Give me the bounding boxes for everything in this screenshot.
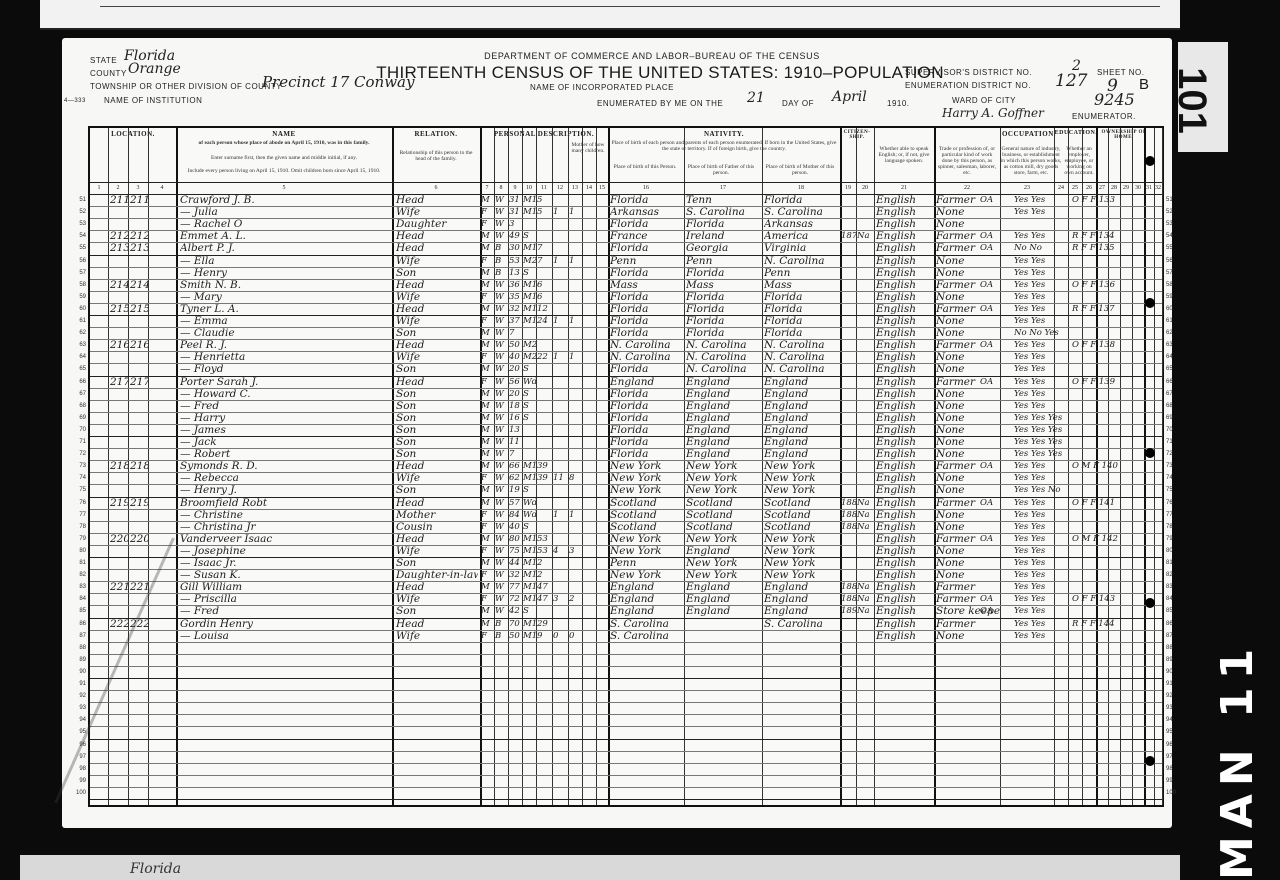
census-row: — PriscillaWifeFW72M14732EnglandEnglandE… xyxy=(90,592,1162,604)
line-number: 85 xyxy=(1166,608,1182,614)
column-number: 29 xyxy=(1120,185,1132,191)
line-number: 75 xyxy=(1166,487,1182,493)
personal-description-header: PERSONAL DESCRIPTION. xyxy=(480,130,608,138)
line-number: 66 xyxy=(1166,379,1182,385)
census-row: — LouisaWifeFB50M1900S. CarolinaEnglishN… xyxy=(90,629,1162,641)
ward-value: 9245 xyxy=(1094,90,1135,109)
column-number: 11 xyxy=(536,185,552,191)
column-divider xyxy=(1162,128,1163,805)
line-number: 59 xyxy=(68,294,86,300)
line-number: 88 xyxy=(68,645,86,651)
line-number: 68 xyxy=(68,403,86,409)
name-note-include: Include every person living on April 15,… xyxy=(180,168,388,174)
line-number: 95 xyxy=(1166,729,1182,735)
film-frame-number: 101 xyxy=(1169,67,1214,134)
line-number: 78 xyxy=(68,524,86,530)
sheet-side: B xyxy=(1139,76,1149,93)
line-number: 59 xyxy=(1166,294,1182,300)
census-row: — Henry J.SonMW19SNew YorkNew YorkNew Yo… xyxy=(90,483,1162,495)
next-sheet-edge: Florida xyxy=(20,855,1180,880)
line-number: 62 xyxy=(1166,330,1182,336)
line-number: 79 xyxy=(1166,536,1182,542)
citizenship-header: CITIZEN-SHIP. xyxy=(840,130,874,140)
line-number: 77 xyxy=(1166,512,1182,518)
line-number: 69 xyxy=(1166,415,1182,421)
punch-hole xyxy=(1145,756,1155,766)
line-number: 65 xyxy=(1166,366,1182,372)
enumeration-district-label: Enumeration District No. xyxy=(905,81,1031,90)
census-row: — HarrySonMW16SFloridaEnglandEnglandEngl… xyxy=(90,411,1162,423)
line-number: 66 xyxy=(68,379,86,385)
next-sheet-fragment: Florida xyxy=(130,861,181,877)
film-reel-text: MAN 11 xyxy=(1212,641,1263,880)
line-number: 77 xyxy=(68,512,86,518)
cell-language: English xyxy=(876,629,934,643)
line-number: 89 xyxy=(1166,657,1182,663)
enumerator-name: Harry A. Goffner xyxy=(942,106,1044,120)
census-row: — HenriettaWifeFW40M22211N. CarolinaN. C… xyxy=(90,350,1162,362)
line-number: 74 xyxy=(68,475,86,481)
census-row: — FredSonMW42SEnglandEnglandEngland1890N… xyxy=(90,604,1162,616)
institution-label: Name of institution xyxy=(104,96,202,105)
census-row: — FredSonMW18SFloridaEnglandEnglandEngli… xyxy=(90,399,1162,411)
column-number: 12 xyxy=(552,185,568,191)
column-number: 1 xyxy=(90,185,108,191)
line-number: 51 xyxy=(1166,197,1182,203)
line-number: 64 xyxy=(68,354,86,360)
line-number: 69 xyxy=(68,415,86,421)
line-number: 87 xyxy=(1166,633,1182,639)
ward-label: Ward of city xyxy=(952,96,1016,105)
county-label: County xyxy=(90,69,127,78)
line-number: 54 xyxy=(1166,233,1182,239)
column-number: 9 xyxy=(508,185,522,191)
column-number: 14 xyxy=(582,185,596,191)
line-number: 62 xyxy=(68,330,86,336)
line-number: 78 xyxy=(1166,524,1182,530)
enumerator-label: Enumerator. xyxy=(1072,112,1136,121)
line-number: 52 xyxy=(68,209,86,215)
cell-sex: F xyxy=(481,629,494,643)
previous-sheet-edge xyxy=(40,0,1180,30)
enumeration-district-value: 127 xyxy=(1055,71,1087,91)
cell-relation: Wife xyxy=(396,629,478,643)
census-row: — Isaac Jr.SonMW44M12PennNew YorkNew Yor… xyxy=(90,556,1162,568)
column-number: 26 xyxy=(1082,185,1096,191)
line-number: 90 xyxy=(1166,669,1182,675)
line-number: 68 xyxy=(1166,403,1182,409)
line-number: 100 xyxy=(1166,790,1182,796)
census-row: — Christina JrCousinFW40SScotlandScotlan… xyxy=(90,520,1162,532)
column-number: 22 xyxy=(934,185,1000,191)
census-sheet: State Florida County Orange Township or … xyxy=(62,38,1172,828)
line-number: 98 xyxy=(1166,766,1182,772)
name-note-surname: Enter surname first, then the given name… xyxy=(180,155,388,161)
line-number: 56 xyxy=(68,258,86,264)
census-row: — RobertSonMW7FloridaEnglandEnglandEngli… xyxy=(90,447,1162,459)
line-number: 56 xyxy=(1166,258,1182,264)
township-label: Township or other division of county xyxy=(90,82,282,91)
line-number: 91 xyxy=(1166,681,1182,687)
line-number: 94 xyxy=(68,717,86,723)
line-number: 70 xyxy=(1166,427,1182,433)
line-number: 74 xyxy=(1166,475,1182,481)
line-number: 72 xyxy=(68,451,86,457)
line-number: 93 xyxy=(68,705,86,711)
column-number: 32 xyxy=(1154,185,1162,191)
census-row: — JosephineWifeFW75M15343New YorkEngland… xyxy=(90,544,1162,556)
year-label: 1910. xyxy=(887,99,910,108)
line-number: 60 xyxy=(68,306,86,312)
line-number: 67 xyxy=(68,391,86,397)
cell-living: 0 xyxy=(569,629,582,643)
line-number: 84 xyxy=(1166,596,1182,602)
children-header: Mother of how many children. xyxy=(568,142,608,154)
census-row: 219219Broomfield RobtHeadMW57WdScotlandS… xyxy=(90,496,1162,508)
cell-trade: None xyxy=(936,629,1000,643)
line-number: 65 xyxy=(68,366,86,372)
line-number: 83 xyxy=(68,584,86,590)
nativity-header: NATIVITY. xyxy=(608,130,840,138)
column-number: 10 xyxy=(522,185,536,191)
column-number: 28 xyxy=(1108,185,1120,191)
column-number: 21 xyxy=(874,185,934,191)
census-row: 215215Tyner L. A.HeadMW32M112FloridaFlor… xyxy=(90,302,1162,314)
county-value: Orange xyxy=(128,61,181,77)
supervisor-district-label: Supervisor's District No. xyxy=(905,68,1032,77)
state-label: State xyxy=(90,56,117,65)
census-row: — Rachel ODaughterFW3FloridaFloridaArkan… xyxy=(90,217,1162,229)
cell-education: Yes Yes xyxy=(1014,629,1072,643)
line-number: 72 xyxy=(1166,451,1182,457)
line-number: 73 xyxy=(68,463,86,469)
line-number: 82 xyxy=(68,572,86,578)
census-row: 218218Symonds R. D.HeadMW66M139New YorkN… xyxy=(90,459,1162,471)
census-row: 214214Smith N. B.HeadMW36M16MassMassMass… xyxy=(90,278,1162,290)
line-number: 80 xyxy=(1166,548,1182,554)
trade-header: Trade or profession of, or particular ki… xyxy=(936,146,998,176)
line-number: 57 xyxy=(68,270,86,276)
industry-header: General nature of industry, business, or… xyxy=(1000,146,1062,176)
line-number: 79 xyxy=(68,536,86,542)
day-of-label: day of xyxy=(782,99,814,108)
census-row: — JackSonMW11FloridaEnglandEnglandEnglis… xyxy=(90,435,1162,447)
census-row: — ChristineMotherFW84Wd11ScotlandScotlan… xyxy=(90,508,1162,520)
name-description: of each person whose place of abode on A… xyxy=(180,140,388,146)
column-number: 27 xyxy=(1096,185,1108,191)
film-reel-label: MAN 11 xyxy=(1196,540,1276,880)
line-number: 76 xyxy=(1166,500,1182,506)
cell-marital: M1 xyxy=(523,629,536,643)
census-row: 212212Emmet A. L.HeadMW49SFranceIrelandA… xyxy=(90,229,1162,241)
relation-description: Relationship of this person to the head … xyxy=(395,150,477,162)
relation-header: RELATION. xyxy=(392,130,480,138)
census-title: THIRTEENTH CENSUS OF THE UNITED STATES: … xyxy=(360,63,960,83)
line-number: 93 xyxy=(1166,705,1182,711)
line-number: 99 xyxy=(1166,778,1182,784)
line-number: 54 xyxy=(68,233,86,239)
punch-hole xyxy=(1145,298,1155,308)
line-number: 97 xyxy=(1166,754,1182,760)
line-number: 100 xyxy=(68,790,86,796)
column-number: 24 xyxy=(1054,185,1068,191)
incorporated-place-label: Name of incorporated place xyxy=(530,83,674,92)
punch-hole xyxy=(1145,598,1155,608)
line-number: 53 xyxy=(1166,221,1182,227)
column-number: 25 xyxy=(1068,185,1082,191)
column-number: 23 xyxy=(1000,185,1054,191)
census-row: — Susan K.Daughter-in-lawFW32M12New York… xyxy=(90,568,1162,580)
census-row: — Howard C.SonMW20SFloridaEnglandEngland… xyxy=(90,387,1162,399)
column-number: 4 xyxy=(148,185,176,191)
cell-birth: S. Carolina xyxy=(610,629,684,643)
line-number: 63 xyxy=(1166,342,1182,348)
census-row: — RebeccaWifeFW62M139118New YorkNew York… xyxy=(90,471,1162,483)
line-number: 82 xyxy=(1166,572,1182,578)
department-heading: DEPARTMENT OF COMMERCE AND LABOR–BUREAU … xyxy=(432,51,872,61)
line-number: 88 xyxy=(1166,645,1182,651)
column-number: 5 xyxy=(176,185,392,191)
line-number: 83 xyxy=(1166,584,1182,590)
line-number: 90 xyxy=(68,669,86,675)
column-number: 7 xyxy=(480,185,494,191)
cell-name: — Louisa xyxy=(180,629,390,643)
line-number: 71 xyxy=(1166,439,1182,445)
column-number: 31 xyxy=(1144,185,1154,191)
enumerated-day: 21 xyxy=(747,90,765,106)
census-row: — MaryWifeFW35M16FloridaFloridaFloridaEn… xyxy=(90,290,1162,302)
line-number: 89 xyxy=(68,657,86,663)
line-number: 99 xyxy=(68,778,86,784)
line-number: 92 xyxy=(1166,693,1182,699)
line-number: 63 xyxy=(68,342,86,348)
column-number: 6 xyxy=(392,185,480,191)
column-number: 13 xyxy=(568,185,582,191)
line-number: 80 xyxy=(68,548,86,554)
line-number: 61 xyxy=(68,318,86,324)
line-number: 61 xyxy=(1166,318,1182,324)
line-number: 87 xyxy=(68,633,86,639)
column-number: 2 xyxy=(108,185,128,191)
punch-hole xyxy=(1145,156,1155,166)
cell-years-married: 9 xyxy=(537,629,552,643)
line-number: 64 xyxy=(1166,354,1182,360)
census-row: 211211Crawford J. B.HeadMW31M15FloridaTe… xyxy=(90,193,1162,205)
line-number: 55 xyxy=(68,245,86,251)
language-header: Whether able to speak English; or, if no… xyxy=(876,146,932,164)
education-header: EDUCATION. xyxy=(1054,130,1098,136)
column-number: 16 xyxy=(608,185,684,191)
census-row: — EllaWifeFB53M2711PennPennN. CarolinaEn… xyxy=(90,254,1162,266)
cell-born: 0 xyxy=(553,629,568,643)
census-row: 217217Porter Sarah J.HeadFW56WdEnglandEn… xyxy=(90,375,1162,387)
column-number: 30 xyxy=(1132,185,1144,191)
line-number: 86 xyxy=(68,621,86,627)
line-number: 94 xyxy=(1166,717,1182,723)
column-number: 19 xyxy=(840,185,856,191)
census-row: — EmmaWifeFW37M12411FloridaFloridaFlorid… xyxy=(90,314,1162,326)
census-row: 221221Gill WilliamHeadMW77M147EnglandEng… xyxy=(90,580,1162,592)
enumerated-month: April xyxy=(832,89,867,105)
line-number: 96 xyxy=(1166,742,1182,748)
line-number: 55 xyxy=(1166,245,1182,251)
ownership-header: OWNERSHIP OF HOME. xyxy=(1098,130,1150,140)
line-number: 53 xyxy=(68,221,86,227)
line-number: 85 xyxy=(68,608,86,614)
line-number: 51 xyxy=(68,197,86,203)
line-number: 57 xyxy=(1166,270,1182,276)
census-row: 222222Gordin HenryHeadMB70M129S. Carolin… xyxy=(90,617,1162,629)
line-number: 75 xyxy=(68,487,86,493)
census-row: — JuliaWifeFW31M1511ArkansasS. CarolinaS… xyxy=(90,205,1162,217)
cell-race: B xyxy=(495,629,508,643)
line-number: 81 xyxy=(68,560,86,566)
line-number: 52 xyxy=(1166,209,1182,215)
film-frame-tab: 101 xyxy=(1178,42,1228,152)
census-row: 213213Albert P. J.HeadMB30M17FloridaGeor… xyxy=(90,241,1162,253)
line-number: 60 xyxy=(1166,306,1182,312)
sheet-label: Sheet No. xyxy=(1097,68,1144,77)
nativity-person-header: Place of birth of this Person. xyxy=(610,164,680,170)
census-row: 216216Peel R. J.HeadMW50M2N. CarolinaN. … xyxy=(90,338,1162,350)
line-number: 70 xyxy=(68,427,86,433)
column-number: 15 xyxy=(596,185,608,191)
column-number: 20 xyxy=(856,185,874,191)
location-header: LOCATION. xyxy=(90,130,176,138)
column-number: 8 xyxy=(494,185,508,191)
line-number: 71 xyxy=(68,439,86,445)
census-row: — JamesSonMW13FloridaEnglandEnglandEngli… xyxy=(90,423,1162,435)
line-number: 76 xyxy=(68,500,86,506)
line-number: 58 xyxy=(68,282,86,288)
column-number: 17 xyxy=(684,185,762,191)
column-number: 18 xyxy=(762,185,840,191)
line-number: 67 xyxy=(1166,391,1182,397)
census-row: — ClaudieSonMW7FloridaFloridaFloridaEngl… xyxy=(90,326,1162,338)
nativity-description: Place of birth of each person and parent… xyxy=(610,140,838,152)
census-table: LOCATION. NAME of each person whose plac… xyxy=(88,126,1164,807)
line-number: 58 xyxy=(1166,282,1182,288)
enumerated-label: Enumerated by me on the xyxy=(597,99,723,108)
nativity-mother-header: Place of birth of Mother of this person. xyxy=(762,164,838,176)
census-row: 220220Vanderveer IsaacHeadMW80M153New Yo… xyxy=(90,532,1162,544)
line-number: 92 xyxy=(68,693,86,699)
column-number: 3 xyxy=(128,185,148,191)
census-row: — FloydSonMW20SFloridaN. CarolinaN. Caro… xyxy=(90,362,1162,374)
name-header: NAME xyxy=(176,130,392,138)
line-number: 84 xyxy=(68,596,86,602)
line-number: 91 xyxy=(68,681,86,687)
punch-hole xyxy=(1145,448,1155,458)
line-number: 81 xyxy=(1166,560,1182,566)
nativity-father-header: Place of birth of Father of this person. xyxy=(684,164,758,176)
census-row: — HenrySonMB13SFloridaFloridaPennEnglish… xyxy=(90,266,1162,278)
form-code: 4—333 xyxy=(64,98,86,104)
line-number: 86 xyxy=(1166,621,1182,627)
cell-age: 50 xyxy=(509,629,522,643)
line-number: 73 xyxy=(1166,463,1182,469)
